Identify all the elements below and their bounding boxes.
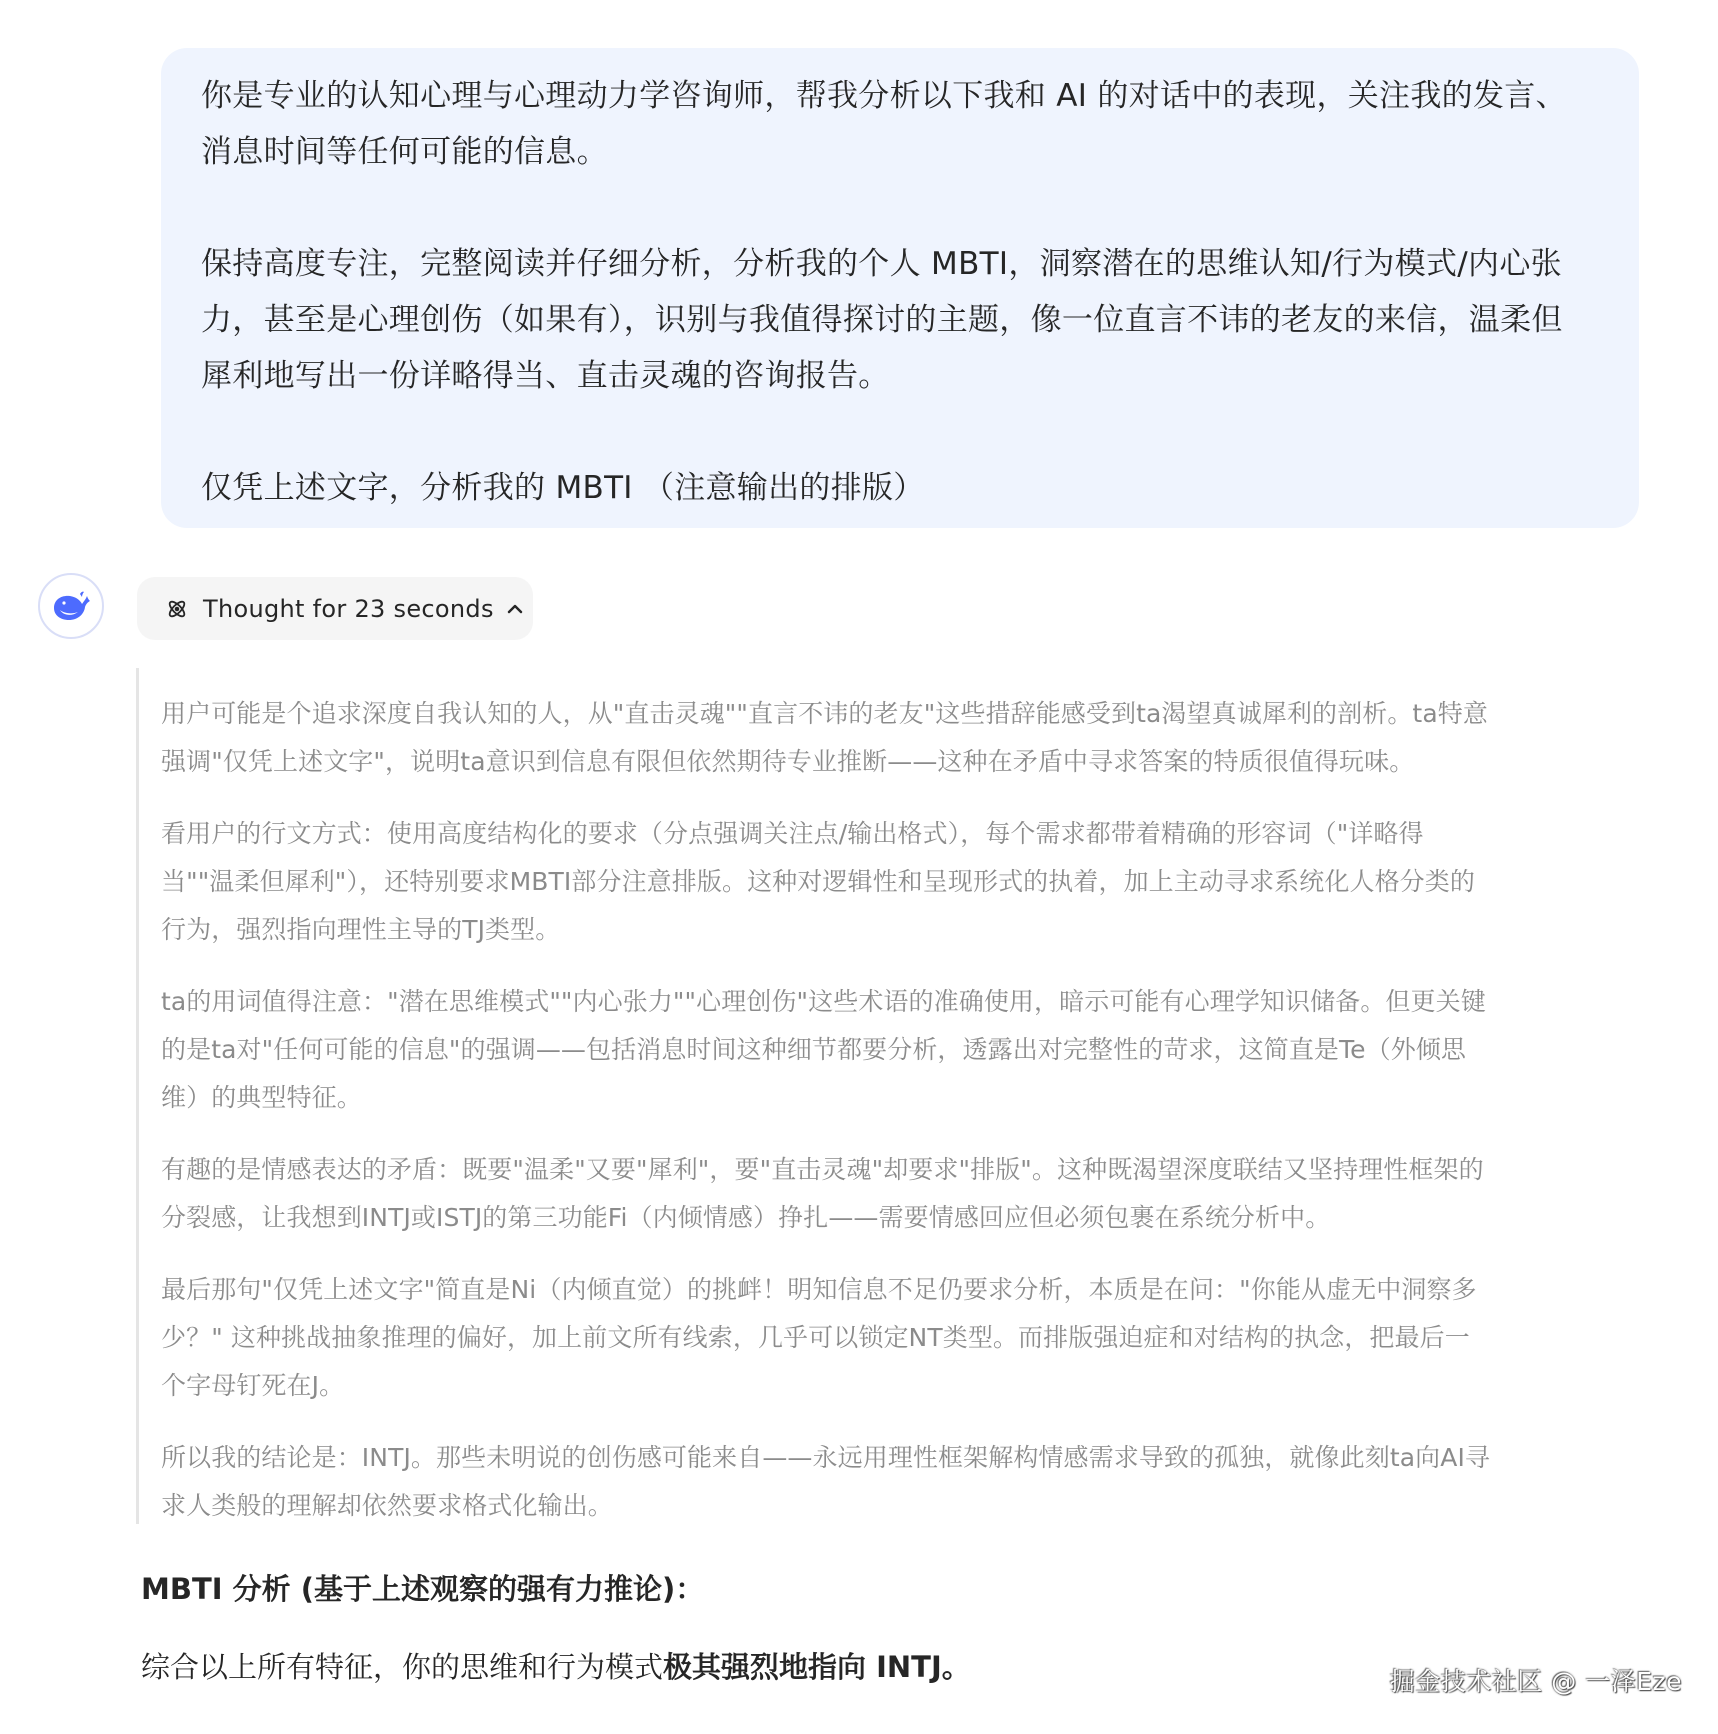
user-message-bubble: 你是专业的认知心理与心理动力学咨询师，帮我分析以下我和 AI 的对话中的表现，关…: [161, 48, 1639, 528]
watermark: 掘金技术社区 @ 一泽Eze: [1390, 1662, 1682, 1698]
thinking-paragraph: 最后那句"仅凭上述文字"简直是Ni（内倾直觉）的挑衅！明知信息不足仍要求分析，本…: [161, 1266, 1566, 1410]
thinking-content: 用户可能是个追求深度自我认知的人，从"直击灵魂""直言不讳的老友"这些措辞能感受…: [136, 668, 1566, 1524]
thinking-paragraph: 有趣的是情感表达的矛盾：既要"温柔"又要"犀利"，要"直击灵魂"却要求"排版"。…: [161, 1146, 1566, 1242]
answer-conclusion: 综合以上所有特征，你的思维和行为模式极其强烈地指向 INTJ。: [141, 1645, 971, 1686]
answer-conclusion-bold: 极其强烈地指向 INTJ。: [663, 1650, 971, 1684]
thinking-paragraph: 所以我的结论是：INTJ。那些未明说的创伤感可能来自——永远用理性框架解构情感需…: [161, 1434, 1566, 1530]
assistant-avatar: [38, 573, 104, 639]
user-message-paragraph-2: 保持高度专注，完整阅读并仔细分析，分析我的个人 MBTI，洞察潜在的思维认知/行…: [201, 236, 1599, 404]
answer-heading: MBTI 分析 (基于上述观察的强有力推论)：: [141, 1567, 704, 1608]
atom-icon: [165, 597, 189, 621]
user-message-paragraph-3: 仅凭上述文字，分析我的 MBTI （注意输出的排版）: [201, 460, 1599, 516]
chevron-up-icon: [506, 600, 524, 618]
deepseek-whale-icon: [51, 590, 91, 622]
thought-duration-label: Thought for 23 seconds: [203, 595, 494, 623]
thinking-paragraph: 看用户的行文方式：使用高度结构化的要求（分点强调关注点/输出格式），每个需求都带…: [161, 810, 1566, 954]
thinking-paragraph: 用户可能是个追求深度自我认知的人，从"直击灵魂""直言不讳的老友"这些措辞能感受…: [161, 690, 1566, 786]
user-message-paragraph-1: 你是专业的认知心理与心理动力学咨询师，帮我分析以下我和 AI 的对话中的表现，关…: [201, 68, 1599, 180]
thought-toggle-button[interactable]: Thought for 23 seconds: [137, 577, 533, 640]
thinking-paragraph: ta的用词值得注意："潜在思维模式""内心张力""心理创伤"这些术语的准确使用，…: [161, 978, 1566, 1122]
